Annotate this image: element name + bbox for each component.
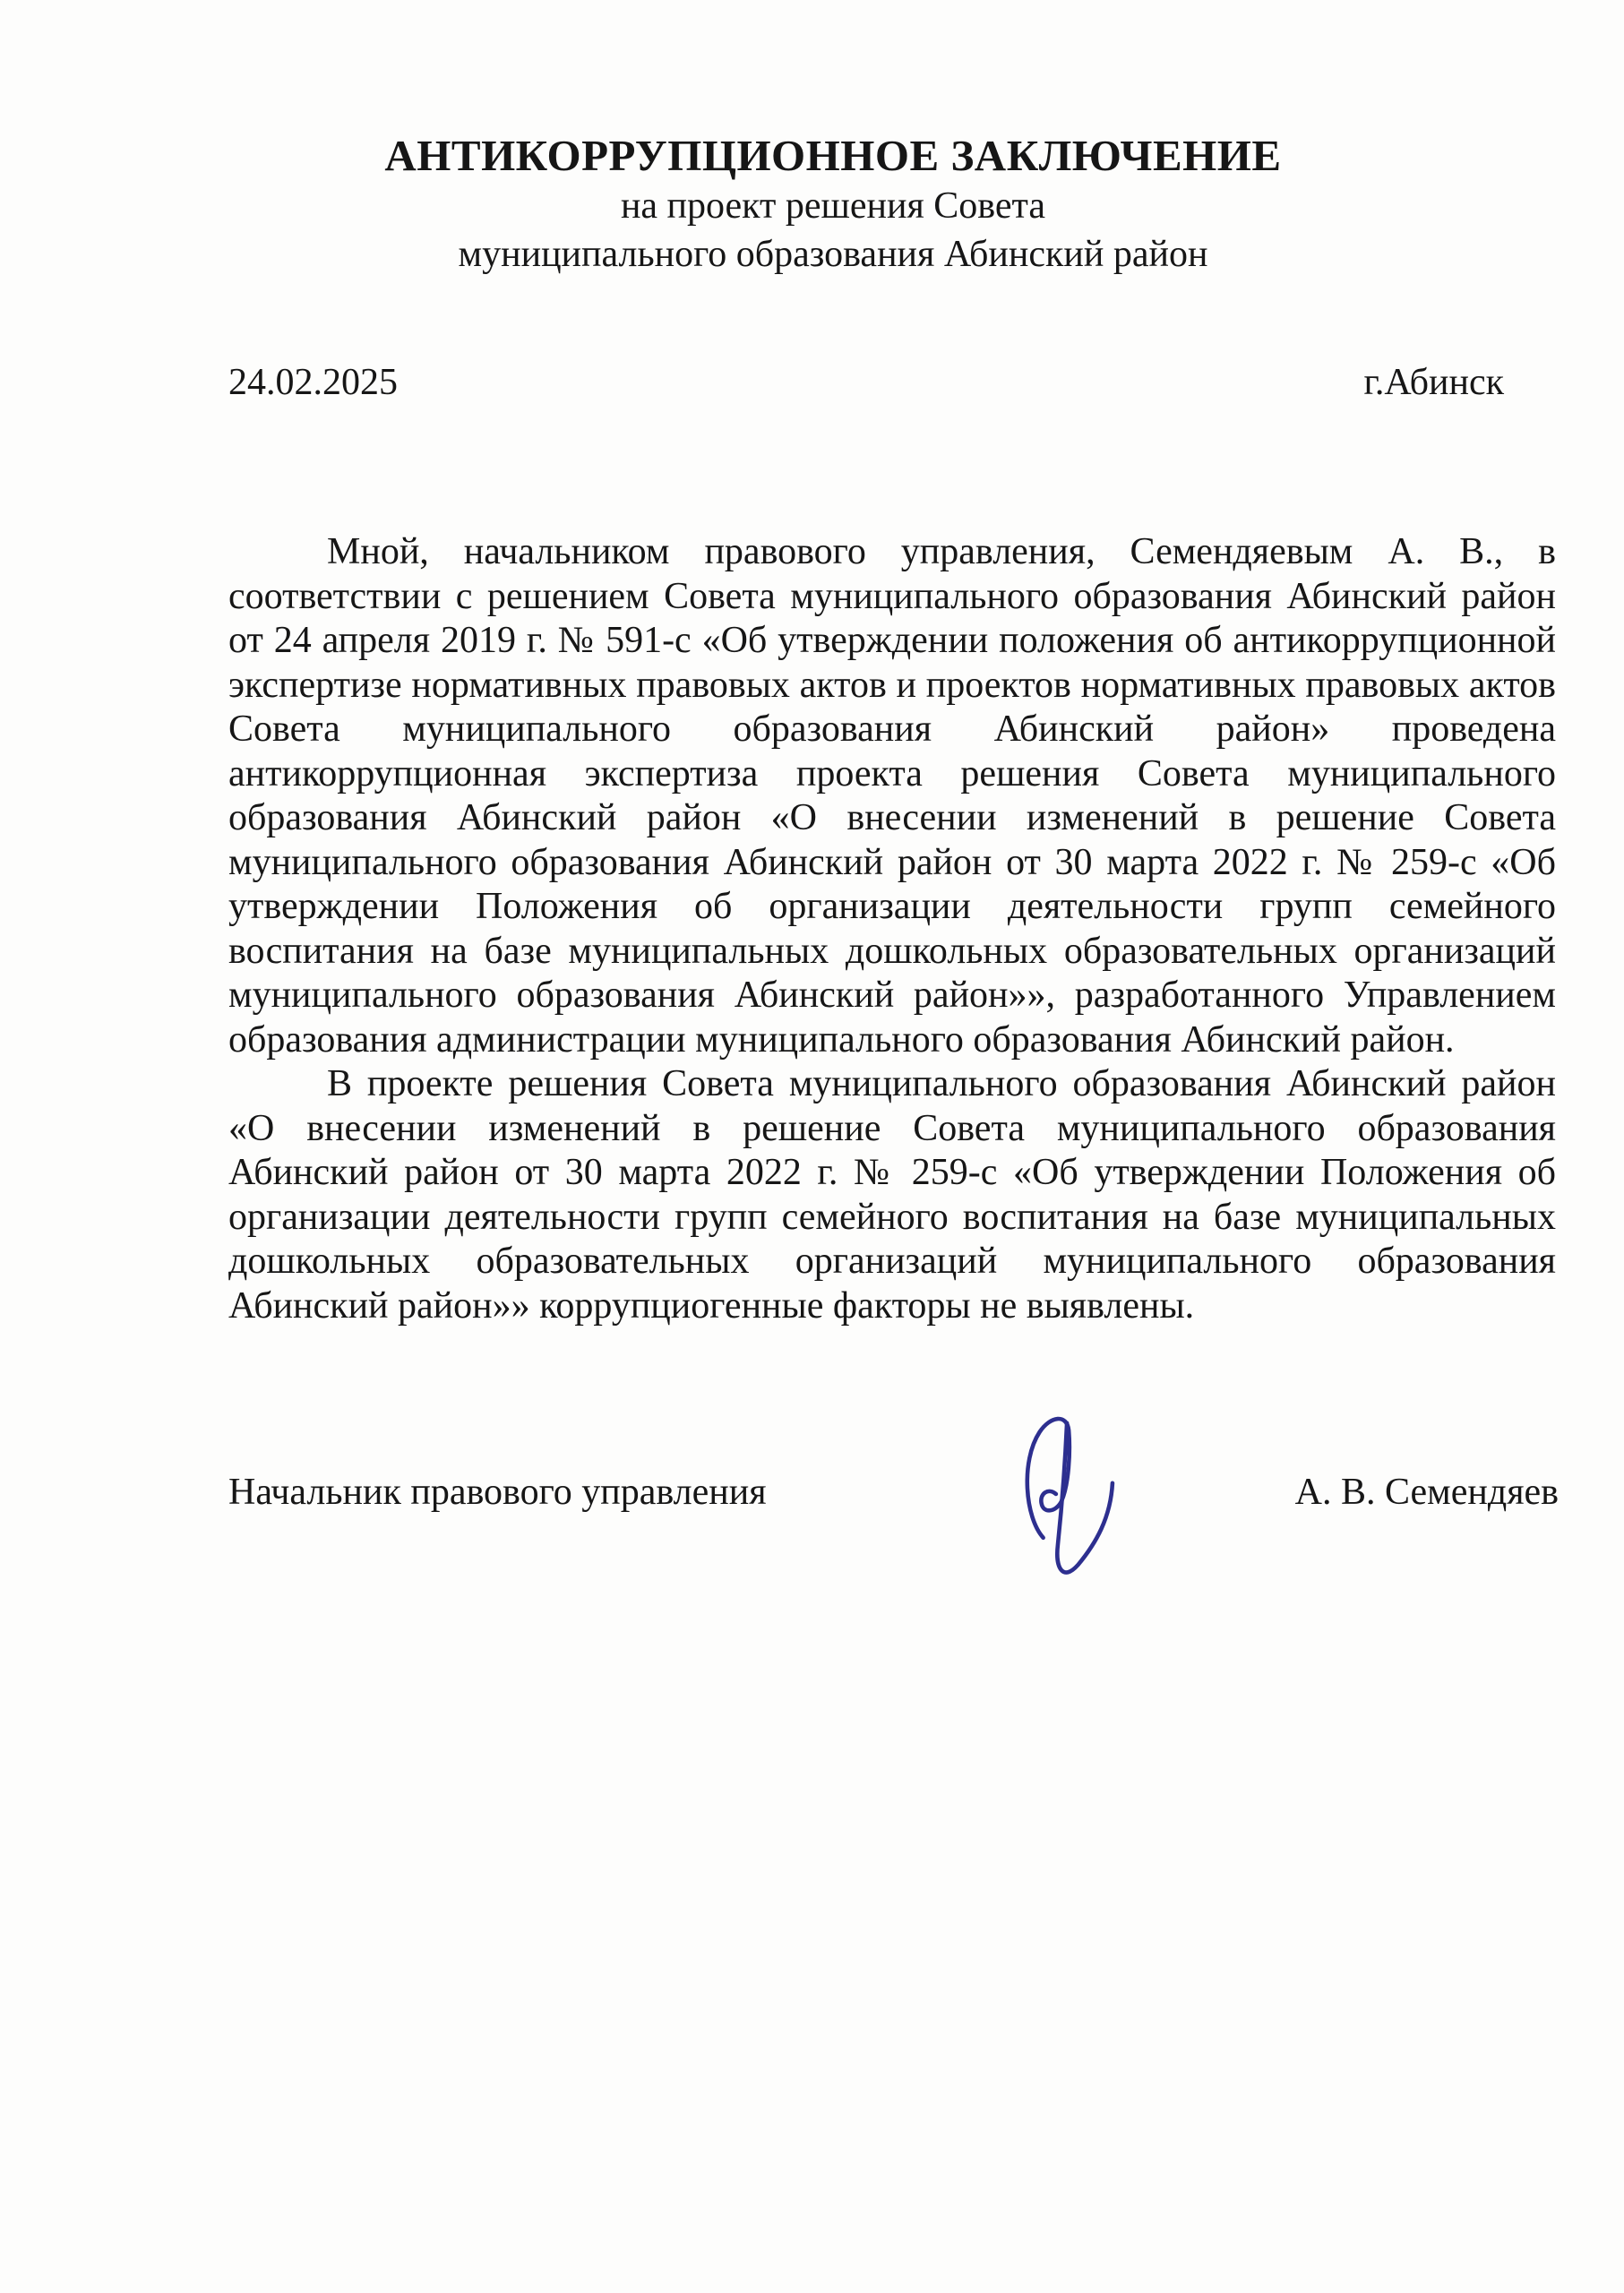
document-subtitle-line-2: муниципального образования Абинский райо… [143, 230, 1523, 279]
document-header: АНТИКОРРУПЦИОННОЕ ЗАКЛЮЧЕНИЕ на проект р… [143, 130, 1523, 279]
signatory-name: А. В. Семендяев [1295, 1470, 1559, 1515]
document-body: Мной, начальником правового управления, … [228, 530, 1556, 1328]
document-city: г.Абинск [1363, 360, 1556, 405]
document-date: 24.02.2025 [228, 360, 398, 405]
signature-stroke-tail [1057, 1423, 1113, 1573]
signatory-position: Начальник правового управления [228, 1470, 767, 1515]
document-subtitle-line-1: на проект решения Совета [143, 182, 1523, 230]
signature-ink-icon [1009, 1408, 1116, 1584]
date-place-row: 24.02.2025 г.Абинск [228, 360, 1556, 405]
body-paragraph-1: Мной, начальником правового управления, … [228, 530, 1556, 1062]
document-title: АНТИКОРРУПЦИОННОЕ ЗАКЛЮЧЕНИЕ [143, 130, 1523, 182]
handwritten-signature [1009, 1408, 1116, 1584]
signature-row: Начальник правового управления А. В. Сем… [228, 1470, 1559, 1515]
body-paragraph-2: В проекте решения Совета муниципального … [228, 1062, 1556, 1328]
document-page: АНТИКОРРУПЦИОННОЕ ЗАКЛЮЧЕНИЕ на проект р… [0, 0, 1624, 2293]
